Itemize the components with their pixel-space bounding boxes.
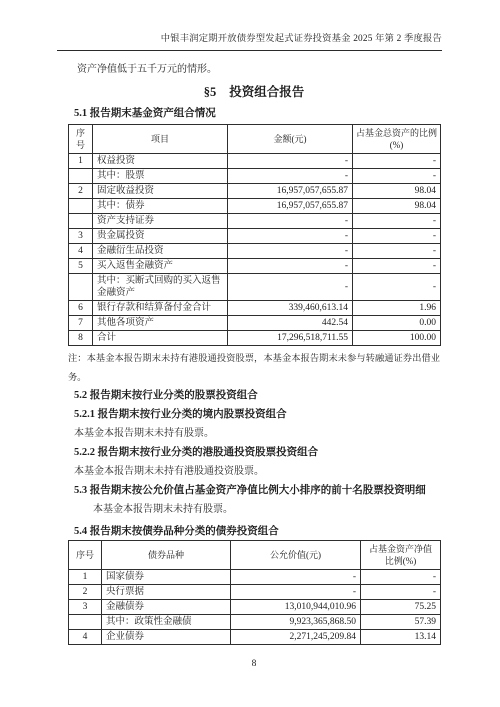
table-row: 1 权益投资 - - bbox=[69, 154, 441, 169]
row-no: 3 bbox=[69, 229, 93, 244]
table-row: 资产支持证券 - - bbox=[69, 214, 441, 229]
paragraph-5-2-1: 本基金本报告期末未持有股票。 bbox=[74, 427, 440, 440]
row-no: 3 bbox=[69, 600, 102, 615]
paragraph-5-3: 本基金本报告期末未持有股票。 bbox=[93, 503, 440, 516]
asset-composition-table: 序号 项目 金额(元) 占基金总资产的比例(%) 1 权益投资 - - 其中：股… bbox=[68, 124, 441, 346]
table-row: 7 其他各项资产 442.54 0.00 bbox=[69, 316, 441, 331]
col-header-no: 序号 bbox=[69, 541, 102, 570]
row-bond: 金融债券 bbox=[102, 600, 231, 615]
row-item: 金融衍生品投资 bbox=[93, 244, 228, 259]
page-header: 中银丰润定期开放债券型发起式证券投资基金 2025 年第 2 季度报告 bbox=[57, 33, 442, 51]
heading-5-3: 5.3 报告期末按公允价值占基金资产净值比例大小排序的前十名股票投资明细 bbox=[74, 484, 440, 497]
table-row: 2 央行票据 - - bbox=[69, 585, 441, 600]
section-5-title-text: 投资组合报告 bbox=[229, 85, 304, 99]
col-header-bond: 债券品种 bbox=[102, 541, 231, 570]
bond-portfolio-table: 序号 债券品种 公允价值(元) 占基金资产净值比例(%) 1 国家债券 - - … bbox=[68, 540, 441, 645]
row-bond: 其中：政策性金融债 bbox=[102, 615, 231, 630]
row-item: 其中：股票 bbox=[93, 169, 228, 184]
table-row: 8 合计 17,296,518,711.55 100.00 bbox=[69, 331, 441, 346]
row-ratio: 1.96 bbox=[353, 301, 441, 316]
row-ratio: - bbox=[353, 169, 441, 184]
document-page: 中银丰润定期开放债券型发起式证券投资基金 2025 年第 2 季度报告 资产净值… bbox=[0, 0, 500, 707]
heading-5-1: 5.1 报告期末基金资产组合情况 bbox=[74, 107, 440, 120]
row-no: 4 bbox=[69, 244, 93, 259]
row-bond: 国家债券 bbox=[102, 570, 231, 585]
row-ratio: - bbox=[353, 244, 441, 259]
heading-5-4: 5.4 报告期末按债券品种分类的债券投资组合 bbox=[74, 525, 440, 538]
row-amount: - bbox=[228, 154, 353, 169]
row-ratio: 13.14 bbox=[361, 630, 441, 645]
row-bond: 央行票据 bbox=[102, 585, 231, 600]
section-5-title: §5投资组合报告 bbox=[68, 85, 440, 100]
row-ratio: - bbox=[353, 274, 441, 301]
row-ratio: - bbox=[353, 229, 441, 244]
row-ratio: 98.04 bbox=[353, 184, 441, 199]
row-item: 贵金属投资 bbox=[93, 229, 228, 244]
row-ratio: 100.00 bbox=[353, 331, 441, 346]
row-bond: 企业债券 bbox=[102, 630, 231, 645]
row-no bbox=[69, 214, 93, 229]
table-row: 3 金融债券 13,010,944,010.96 75.25 bbox=[69, 600, 441, 615]
table-row: 5 买入返售金融资产 - - bbox=[69, 259, 441, 274]
row-amount: - bbox=[228, 244, 353, 259]
row-item: 固定收益投资 bbox=[93, 184, 228, 199]
table-note: 注：本基金本报告期末未持有港股通投资股票，本基金本报告期末未参与转融通证券出借业… bbox=[68, 349, 440, 387]
table-row: 4 金融衍生品投资 - - bbox=[69, 244, 441, 259]
heading-5-2-1: 5.2.1 报告期末按行业分类的境内股票投资组合 bbox=[74, 408, 440, 421]
table-header-row: 序号 项目 金额(元) 占基金总资产的比例(%) bbox=[69, 125, 441, 154]
row-item: 资产支持证券 bbox=[93, 214, 228, 229]
row-item: 其中：债券 bbox=[93, 199, 228, 214]
heading-5-2-2: 5.2.2 报告期末按行业分类的港股通投资股票投资组合 bbox=[74, 446, 440, 459]
row-item: 其中：买断式回购的买入返售金融资产 bbox=[93, 274, 228, 301]
row-ratio: 0.00 bbox=[353, 316, 441, 331]
table-row: 4 企业债券 2,271,245,209.84 13.14 bbox=[69, 630, 441, 645]
row-ratio: - bbox=[361, 585, 441, 600]
paragraph-5-2-2: 本基金本报告期末未持有港股通投资股票。 bbox=[74, 465, 440, 478]
intro-paragraph: 资产净值低于五千万元的情形。 bbox=[77, 63, 440, 76]
row-no: 4 bbox=[69, 630, 102, 645]
page-number: 8 bbox=[68, 659, 440, 669]
row-amount: - bbox=[228, 214, 353, 229]
row-no: 1 bbox=[69, 154, 93, 169]
row-no: 2 bbox=[69, 184, 93, 199]
row-item: 银行存款和结算备付金合计 bbox=[93, 301, 228, 316]
report-title: 中银丰润定期开放债券型发起式证券投资基金 2025 年第 2 季度报告 bbox=[161, 34, 442, 44]
row-no bbox=[69, 199, 93, 214]
row-item: 买入返售金融资产 bbox=[93, 259, 228, 274]
row-item: 合计 bbox=[93, 331, 228, 346]
row-no: 8 bbox=[69, 331, 93, 346]
row-no: 2 bbox=[69, 585, 102, 600]
col-header-item: 项目 bbox=[93, 125, 228, 154]
row-no bbox=[69, 169, 93, 184]
section-5-marker: §5 bbox=[204, 85, 217, 99]
row-ratio: - bbox=[361, 570, 441, 585]
table-header-row: 序号 债券品种 公允价值(元) 占基金资产净值比例(%) bbox=[69, 541, 441, 570]
table-row: 2 固定收益投资 16,957,057,655.87 98.04 bbox=[69, 184, 441, 199]
row-amount: - bbox=[228, 274, 353, 301]
row-item: 其他各项资产 bbox=[93, 316, 228, 331]
row-no bbox=[69, 274, 93, 301]
table-row: 其中：股票 - - bbox=[69, 169, 441, 184]
table-row: 其中：政策性金融债 9,923,365,868.50 57.39 bbox=[69, 615, 441, 630]
row-amount: - bbox=[228, 259, 353, 274]
table-row: 3 贵金属投资 - - bbox=[69, 229, 441, 244]
row-value: - bbox=[231, 585, 361, 600]
col-header-ratio: 占基金总资产的比例(%) bbox=[353, 125, 441, 154]
heading-5-2: 5.2 报告期末按行业分类的股票投资组合 bbox=[74, 389, 440, 402]
table-row: 其中：债券 16,957,057,655.87 98.04 bbox=[69, 199, 441, 214]
row-no: 7 bbox=[69, 316, 93, 331]
row-ratio: - bbox=[353, 259, 441, 274]
row-amount: 442.54 bbox=[228, 316, 353, 331]
col-header-ratio: 占基金资产净值比例(%) bbox=[361, 541, 441, 570]
row-no: 5 bbox=[69, 259, 93, 274]
row-amount: 16,957,057,655.87 bbox=[228, 184, 353, 199]
row-ratio: 57.39 bbox=[361, 615, 441, 630]
row-amount: 17,296,518,711.55 bbox=[228, 331, 353, 346]
row-value: - bbox=[231, 570, 361, 585]
row-no bbox=[69, 615, 102, 630]
row-ratio: 98.04 bbox=[353, 199, 441, 214]
row-value: 13,010,944,010.96 bbox=[231, 600, 361, 615]
row-amount: 339,460,613.14 bbox=[228, 301, 353, 316]
table-row: 其中：买断式回购的买入返售金融资产 - - bbox=[69, 274, 441, 301]
row-amount: 16,957,057,655.87 bbox=[228, 199, 353, 214]
col-header-value: 公允价值(元) bbox=[231, 541, 361, 570]
row-value: 9,923,365,868.50 bbox=[231, 615, 361, 630]
row-item: 权益投资 bbox=[93, 154, 228, 169]
row-value: 2,271,245,209.84 bbox=[231, 630, 361, 645]
row-ratio: - bbox=[353, 154, 441, 169]
table-row: 1 国家债券 - - bbox=[69, 570, 441, 585]
col-header-no: 序号 bbox=[69, 125, 93, 154]
row-ratio: - bbox=[353, 214, 441, 229]
row-no: 1 bbox=[69, 570, 102, 585]
col-header-amount: 金额(元) bbox=[228, 125, 353, 154]
row-ratio: 75.25 bbox=[361, 600, 441, 615]
row-amount: - bbox=[228, 229, 353, 244]
table-row: 6 银行存款和结算备付金合计 339,460,613.14 1.96 bbox=[69, 301, 441, 316]
row-no: 6 bbox=[69, 301, 93, 316]
row-amount: - bbox=[228, 169, 353, 184]
